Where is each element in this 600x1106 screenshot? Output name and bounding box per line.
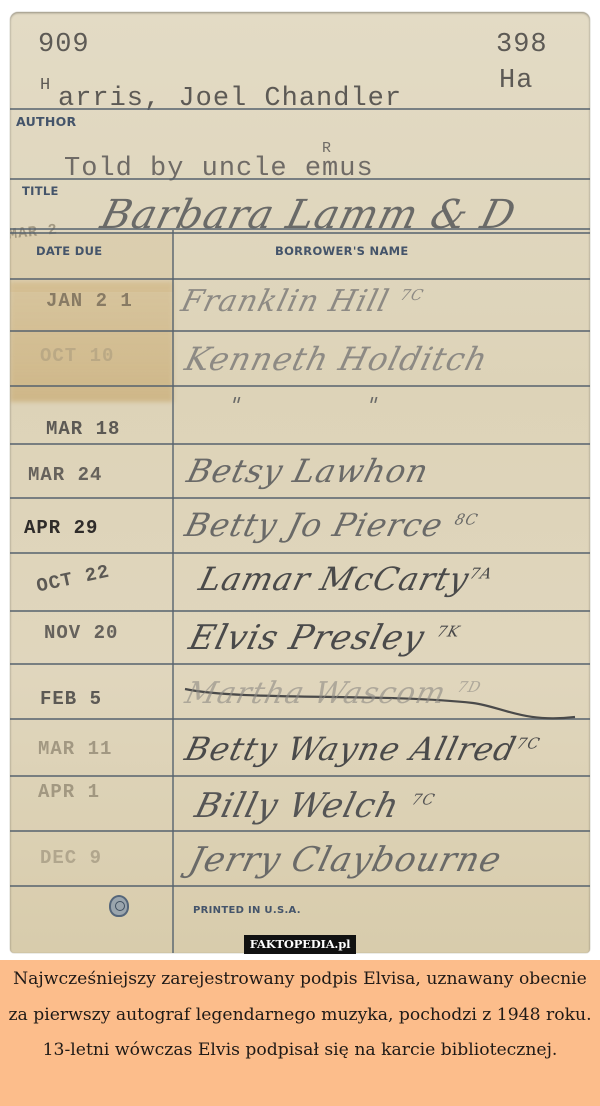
author-cap-mark: H [40,76,51,95]
row-line [10,552,590,554]
row-borrower: Kenneth Holditch [181,340,492,378]
printed-in-usa: PRINTED IN U.S.A. [193,905,301,916]
row-borrower: Betty Wayne Allred7C [181,730,543,768]
row-date: APR 1 [38,781,100,803]
call-number-left: 909 [38,30,90,60]
row-line [10,497,590,499]
faktopedia-watermark: FAKTOPEDIA.pl [244,935,356,954]
call-number-right: 398 [496,30,548,60]
row-date: JAN 2 1 [46,290,133,312]
author-label: AUTHOR [16,114,76,129]
author-line [10,108,590,110]
row-borrower: Betty Jo Pierce 8C [181,506,481,544]
title-value: Told by uncle emus [64,154,374,184]
column-header-borrower: BORROWER'S NAME [275,244,409,258]
row-line [10,775,590,777]
author-value: arris, Joel Chandler [58,84,402,114]
row-borrower: Jerry Claybourne [185,840,506,880]
row-date: NOV 20 [44,622,118,644]
row-date: MAR 18 [46,418,120,440]
title-label: TITLE [22,184,59,198]
row-date: MAR 11 [38,738,112,760]
row-line [10,885,590,887]
cutter-number: Ha [499,66,533,96]
row-line [10,385,590,387]
row-date: MAR 24 [28,464,102,486]
row-date: OCT 10 [40,345,114,367]
row-borrower: Betsy Lawhon [183,452,433,490]
caption-text: Najwcześniejszy zarejestrowany podpis El… [8,969,591,1060]
row-date: FEB 5 [40,688,102,710]
library-card: 909 398 Ha H arris, Joel Chandler AUTHOR… [10,12,590,953]
row-date: OCT 22 [35,561,112,598]
row-line [10,610,590,612]
row-line [10,330,590,332]
row-borrower: Martha Wascom 7D [182,676,484,711]
row-line [10,663,590,665]
row-borrower: Franklin Hill 7C [178,284,427,319]
row-line [10,278,590,280]
caption: Najwcześniejszy zarejestrowany podpis El… [0,960,600,1106]
row-borrower: Billy Welch 7C [191,786,439,826]
union-seal-icon [109,895,129,917]
header-double-line-top [10,228,590,230]
row-line [10,443,590,445]
row-date: DEC 9 [40,847,102,869]
row-line [10,830,590,832]
row-borrower: Lamar McCarty7A [195,560,496,598]
column-header-date-due: DATE DUE [36,244,102,258]
header-double-line-bottom [10,232,590,234]
row-borrower: " " [227,394,440,419]
column-divider [172,230,174,953]
title-line [10,178,590,180]
row-date: APR 29 [24,517,98,539]
row-borrower-elvis: Elvis Presley 7K [185,618,463,658]
